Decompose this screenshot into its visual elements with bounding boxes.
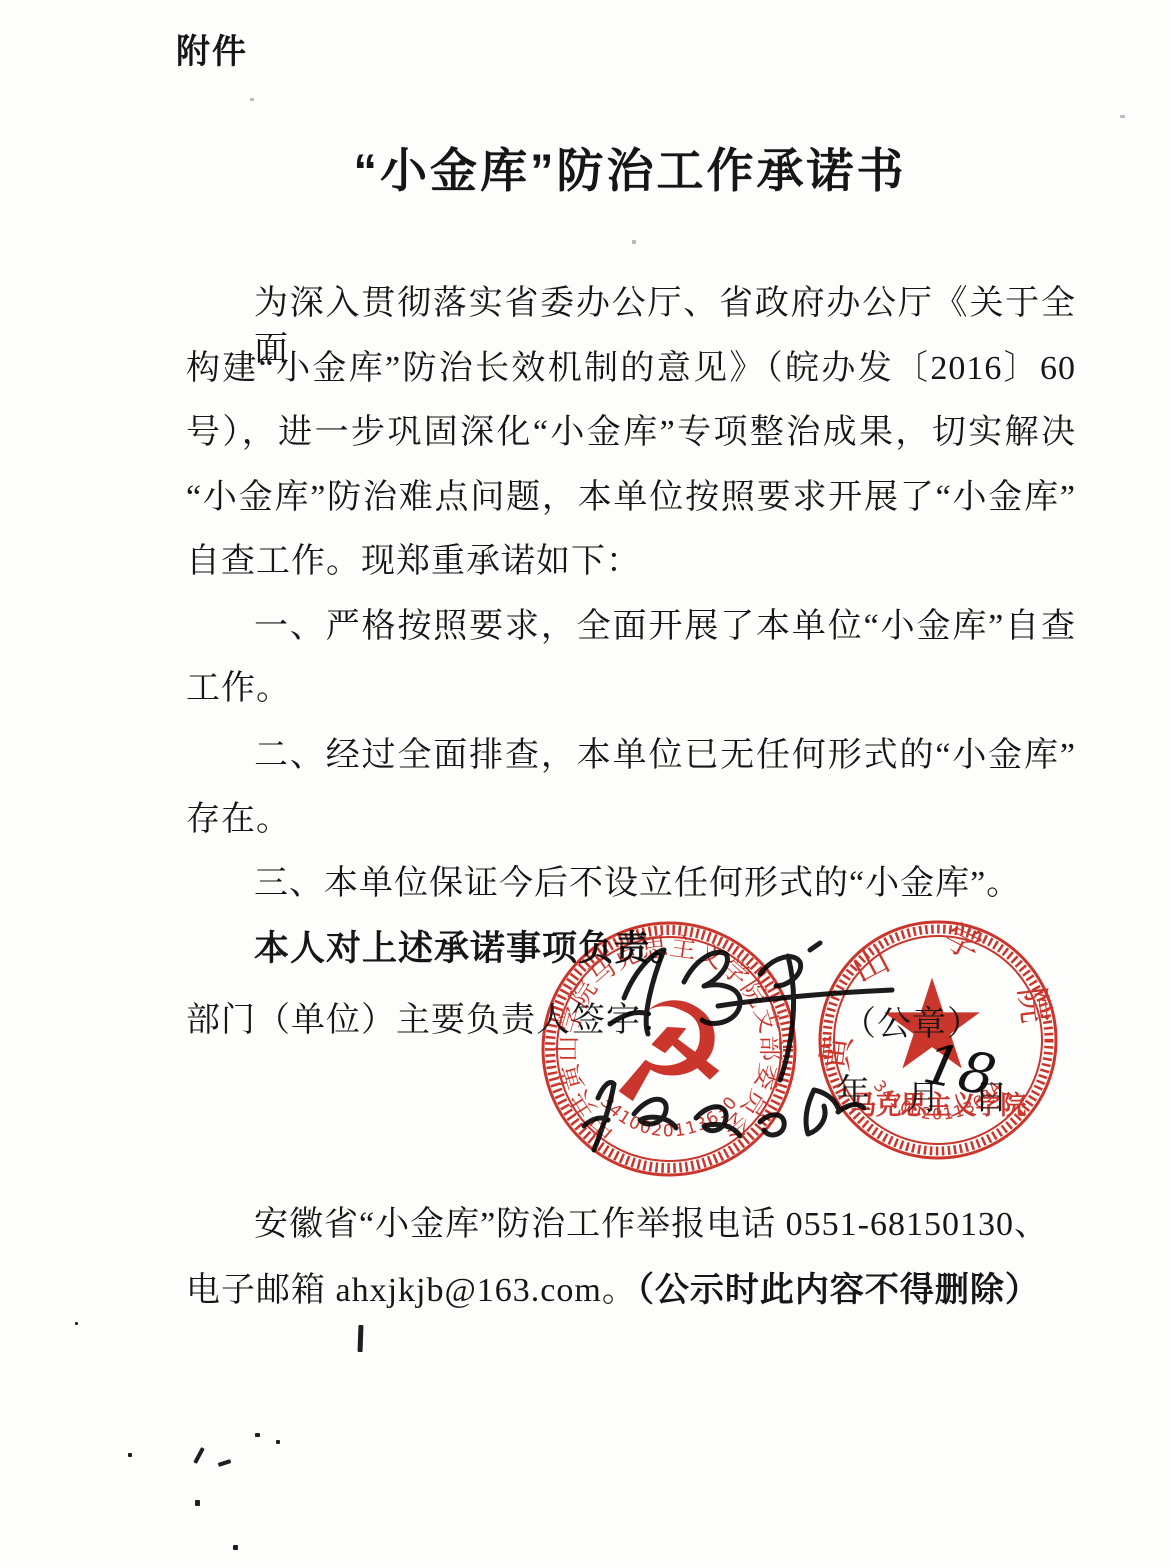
signature-handwriting — [600, 930, 900, 1085]
footer-notice-bold: （公示时此内容不得删除） — [637, 1271, 1040, 1309]
body-line: 存在。 — [186, 797, 1076, 843]
body-line: 一、严格按照要求，全面开展了本单位“小金库”自查 — [186, 604, 1076, 650]
scan-speck — [75, 1322, 78, 1325]
document-title: “小金库”防治工作承诺书 — [45, 134, 1170, 201]
body-line: 号），进一步巩固深化“小金库”专项整治成果，切实解决 — [186, 410, 1076, 456]
scanned-document-page: 附件 “小金库”防治工作承诺书 为深入贯彻落实省委办公厅、省政府办公厅《关于全面… — [0, 0, 1170, 1567]
scan-speck — [233, 1545, 238, 1550]
scan-speck — [195, 1500, 200, 1506]
scan-speck — [255, 1433, 260, 1437]
scan-speck — [632, 240, 636, 244]
body-line: 三、本单位保证今后不设立任何形式的“小金库”。 — [186, 861, 1076, 907]
scan-speck — [276, 1440, 280, 1444]
footer-email-text: 电子邮箱 ahxjkjb@163.com。 — [186, 1272, 637, 1309]
footer-email-line: 电子邮箱 ahxjkjb@163.com。（公示时此内容不得删除） — [186, 1262, 1040, 1311]
scan-speck — [193, 1447, 205, 1464]
body-line: 构建“小金库”防治长效机制的意见》（皖办发〔2016〕60 — [186, 346, 1076, 392]
signature-handwriting-second-line — [576, 1072, 876, 1172]
attachment-label: 附件 — [176, 24, 248, 73]
body-line: 二、经过全面排查，本单位已无任何形式的“小金库” — [186, 733, 1076, 779]
body-line: 工作。 — [186, 666, 1076, 712]
body-line: “小金库”防治难点问题，本单位按照要求开展了“小金库” — [186, 475, 1076, 521]
footer-hotline-line: 安徽省“小金库”防治工作举报电话 0551-68150130、 — [186, 1196, 1049, 1245]
scan-speck — [128, 1453, 132, 1457]
scan-speck — [358, 1325, 364, 1352]
scan-speck — [250, 98, 254, 101]
body-line: 自查工作。现郑重承诺如下： — [186, 539, 1076, 585]
scan-speck — [1120, 115, 1125, 118]
scan-speck — [218, 1459, 232, 1467]
